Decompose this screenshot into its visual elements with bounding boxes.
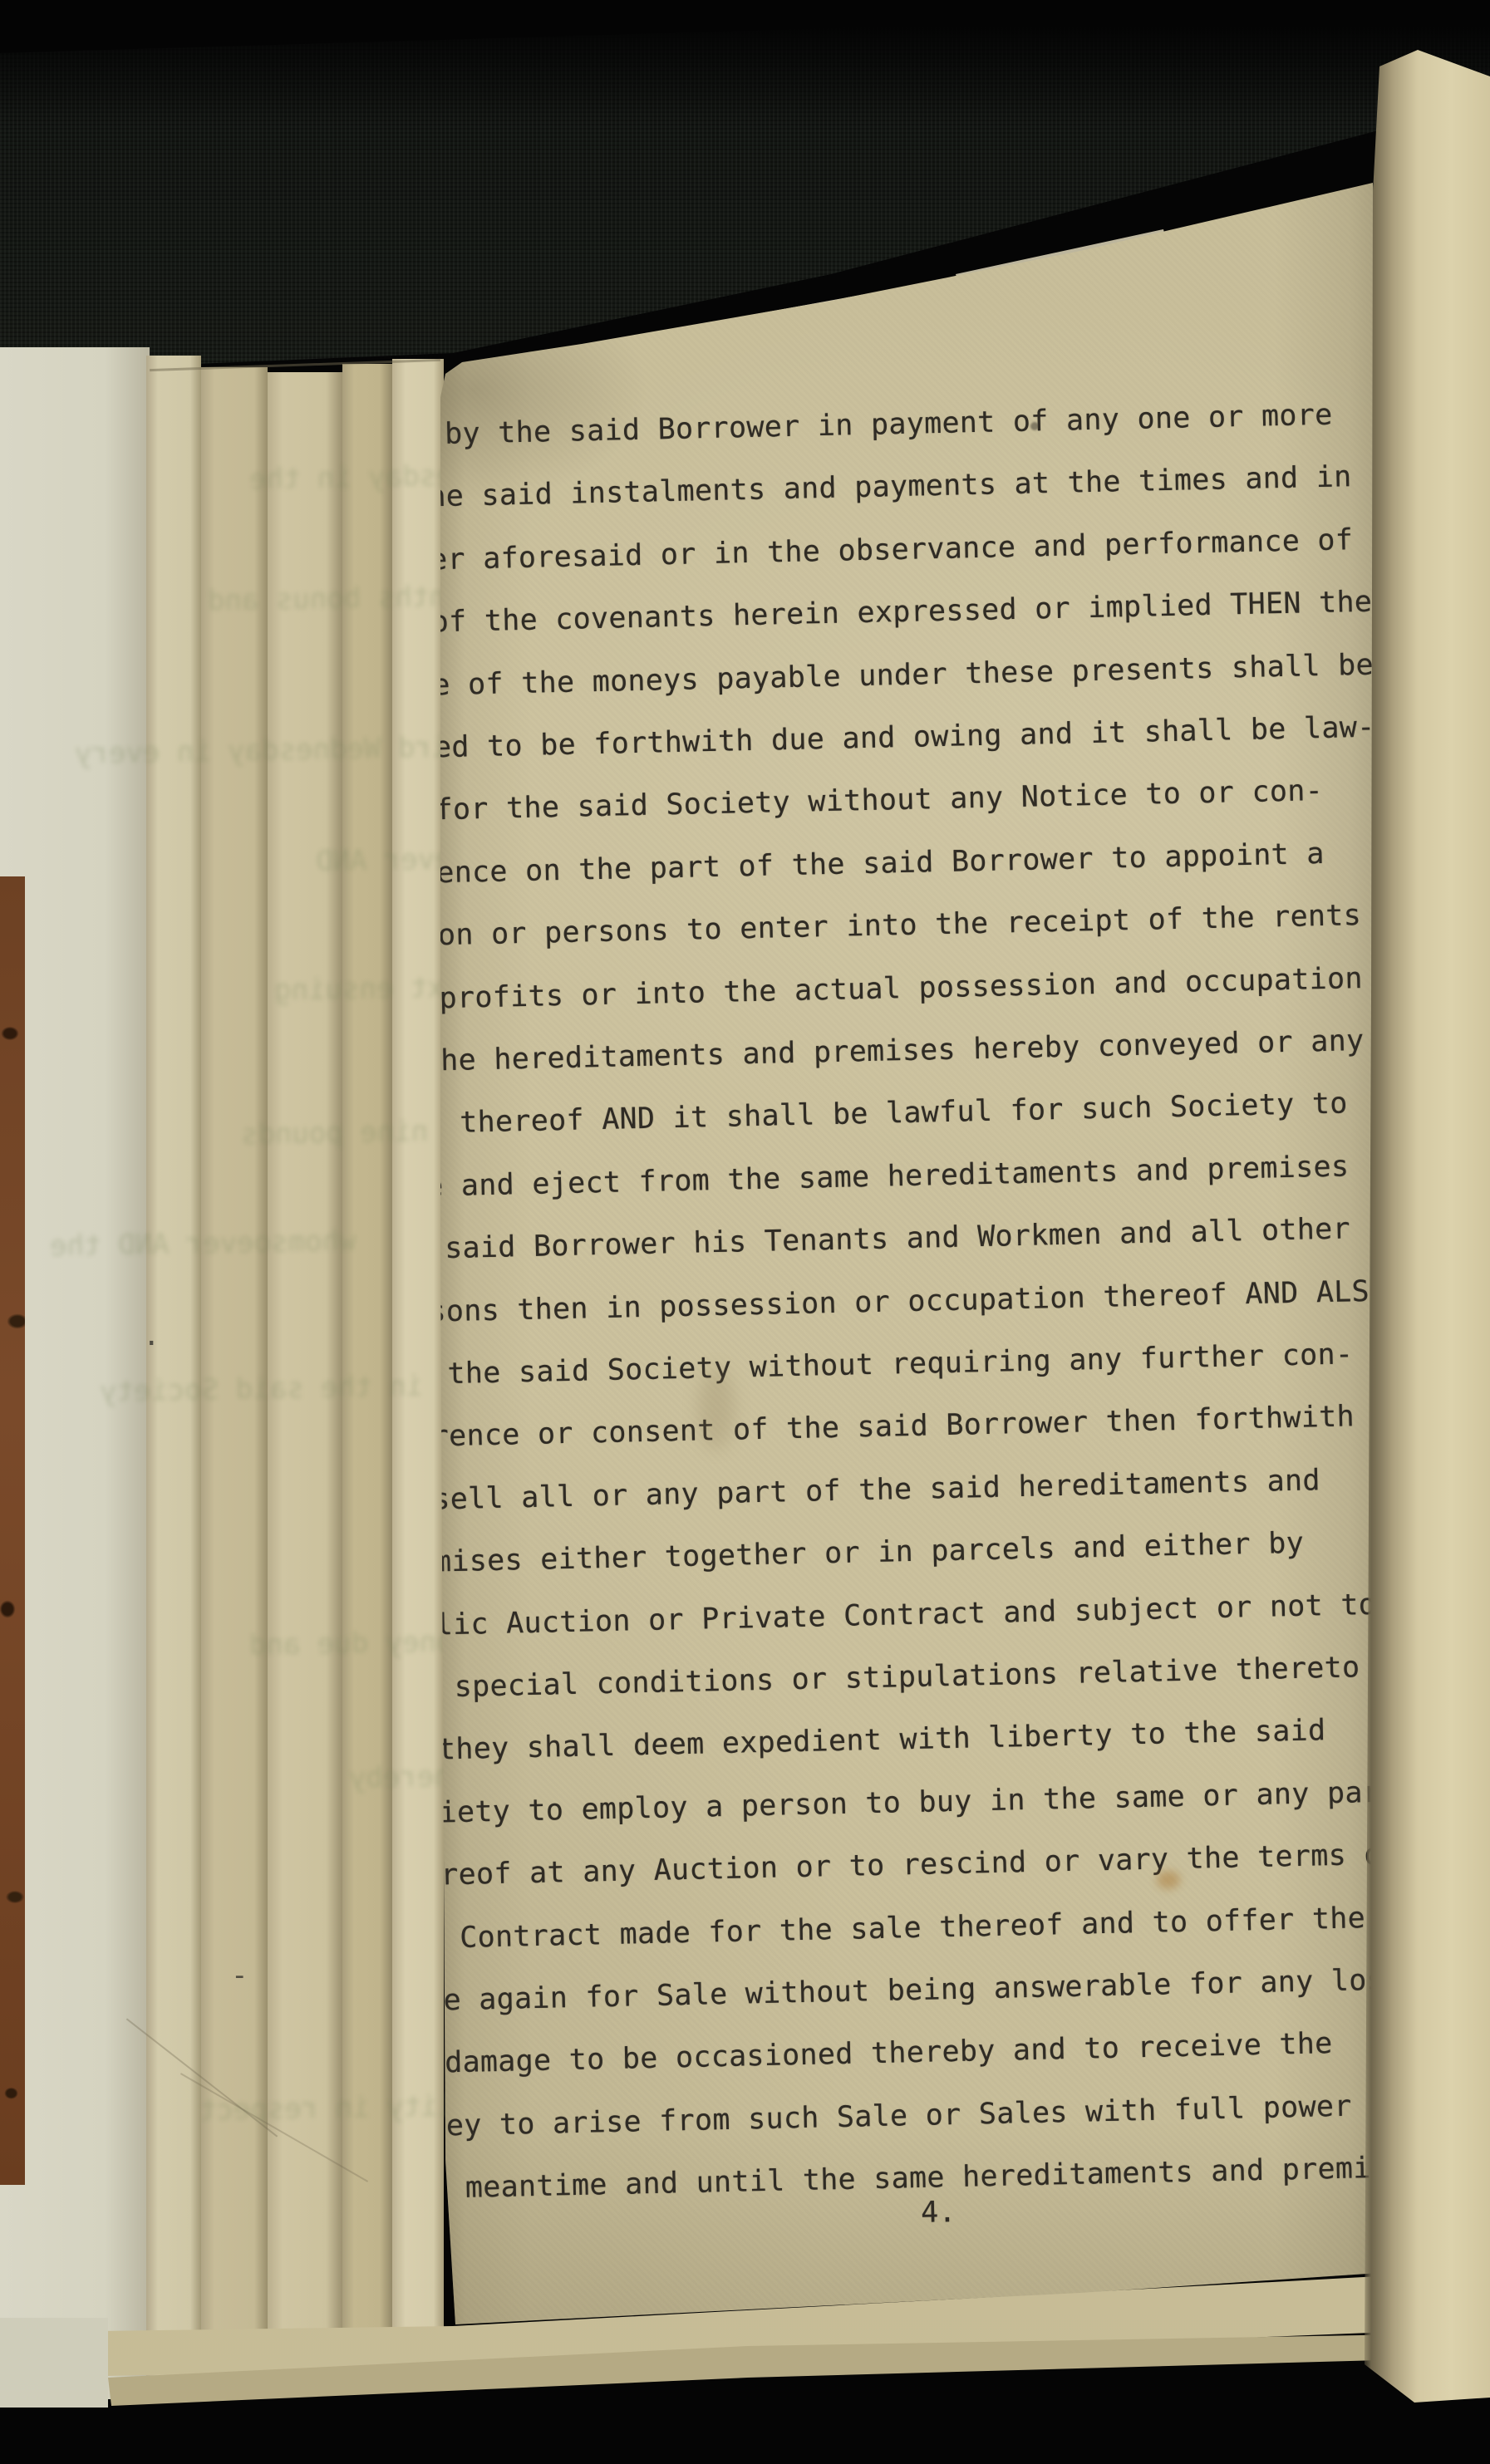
underlying-page-bottom (0, 2318, 108, 2408)
paper-stain (1157, 1871, 1180, 1889)
page-stack-edge (146, 356, 201, 2383)
typed-text-block: 4. made by the said Borrower in payment … (356, 400, 1386, 2261)
typed-line: move and eject from the same hereditamen… (372, 1152, 1350, 1203)
typed-line: to sell all or any part of the said here… (379, 1466, 1320, 1516)
book-scan-scene: on the third Wednesday in thesecurity an… (0, 0, 1490, 2464)
typed-line: the said Borrower his Tenants and Workme… (373, 1215, 1350, 1266)
typed-line: made by the said Borrower in payment of … (356, 401, 1333, 452)
typed-line: Society to employ a person to buy in the… (386, 1778, 1399, 1829)
typed-line: of the said instalments and payments at … (357, 464, 1352, 514)
typed-line: money to arise from such Sale or Sales w… (392, 2091, 1405, 2143)
typed-line: deemed to be forthwith due and owing and… (362, 714, 1375, 765)
typed-line: manner aforesaid or in the observance an… (358, 526, 1353, 577)
typed-line: whole of the moneys payable under these … (361, 650, 1374, 702)
typed-line: and profits or into the actual possessio… (368, 964, 1363, 1015)
background-shadow (0, 0, 1490, 125)
typed-line: person or persons to enter into the rece… (366, 901, 1361, 952)
bleedthrough-text: in the said Society (100, 1372, 423, 1406)
paper-stain (698, 1367, 735, 1450)
typed-line: persons then in possession or occupation… (375, 1277, 1388, 1328)
typed-line: premises either together or in parcels a… (381, 1529, 1305, 1578)
typed-line: thereof at any Auction or to rescind or … (387, 1840, 1400, 1892)
typed-line: the meantime and until the same heredita… (394, 2153, 1424, 2205)
typed-line: of the hereditaments and premises hereby… (369, 1027, 1364, 1077)
typed-line: currence on the part of the said Borrowe… (365, 840, 1325, 890)
typed-line: same again for Sale without being answer… (390, 1966, 1403, 2017)
typed-line: any of the covenants herein expressed or… (360, 588, 1373, 640)
typed-line: any special conditions or stipulations r… (383, 1653, 1360, 1704)
typed-line: or damage to be occasioned thereby and t… (391, 2030, 1333, 2079)
page-stack-edge (342, 364, 392, 2358)
bleedthrough-text: whomsoever AND the (50, 1227, 357, 1260)
page-stack-edge (392, 359, 444, 2338)
typed-line: part thereof AND it shall be lawful for … (371, 1090, 1348, 1141)
margin-mark: . (143, 1319, 160, 1352)
typed-line: for the said Society without requiring a… (376, 1340, 1354, 1391)
typed-line: currence or consent of the said Borrower… (377, 1403, 1355, 1454)
typed-line: as they shall deem expedient with libert… (385, 1717, 1326, 1767)
marbled-cover-edge (0, 876, 25, 2185)
typed-line: any Contract made for the sale thereof a… (388, 1904, 1365, 1955)
typed-line: Public Auction or Private Contract and s… (381, 1590, 1376, 1641)
page-number: 4. (921, 2196, 956, 2230)
paper-stain (1030, 422, 1039, 430)
margin-mark: - (231, 1959, 248, 1992)
typed-line: ful for the said Society without any Not… (364, 777, 1324, 827)
